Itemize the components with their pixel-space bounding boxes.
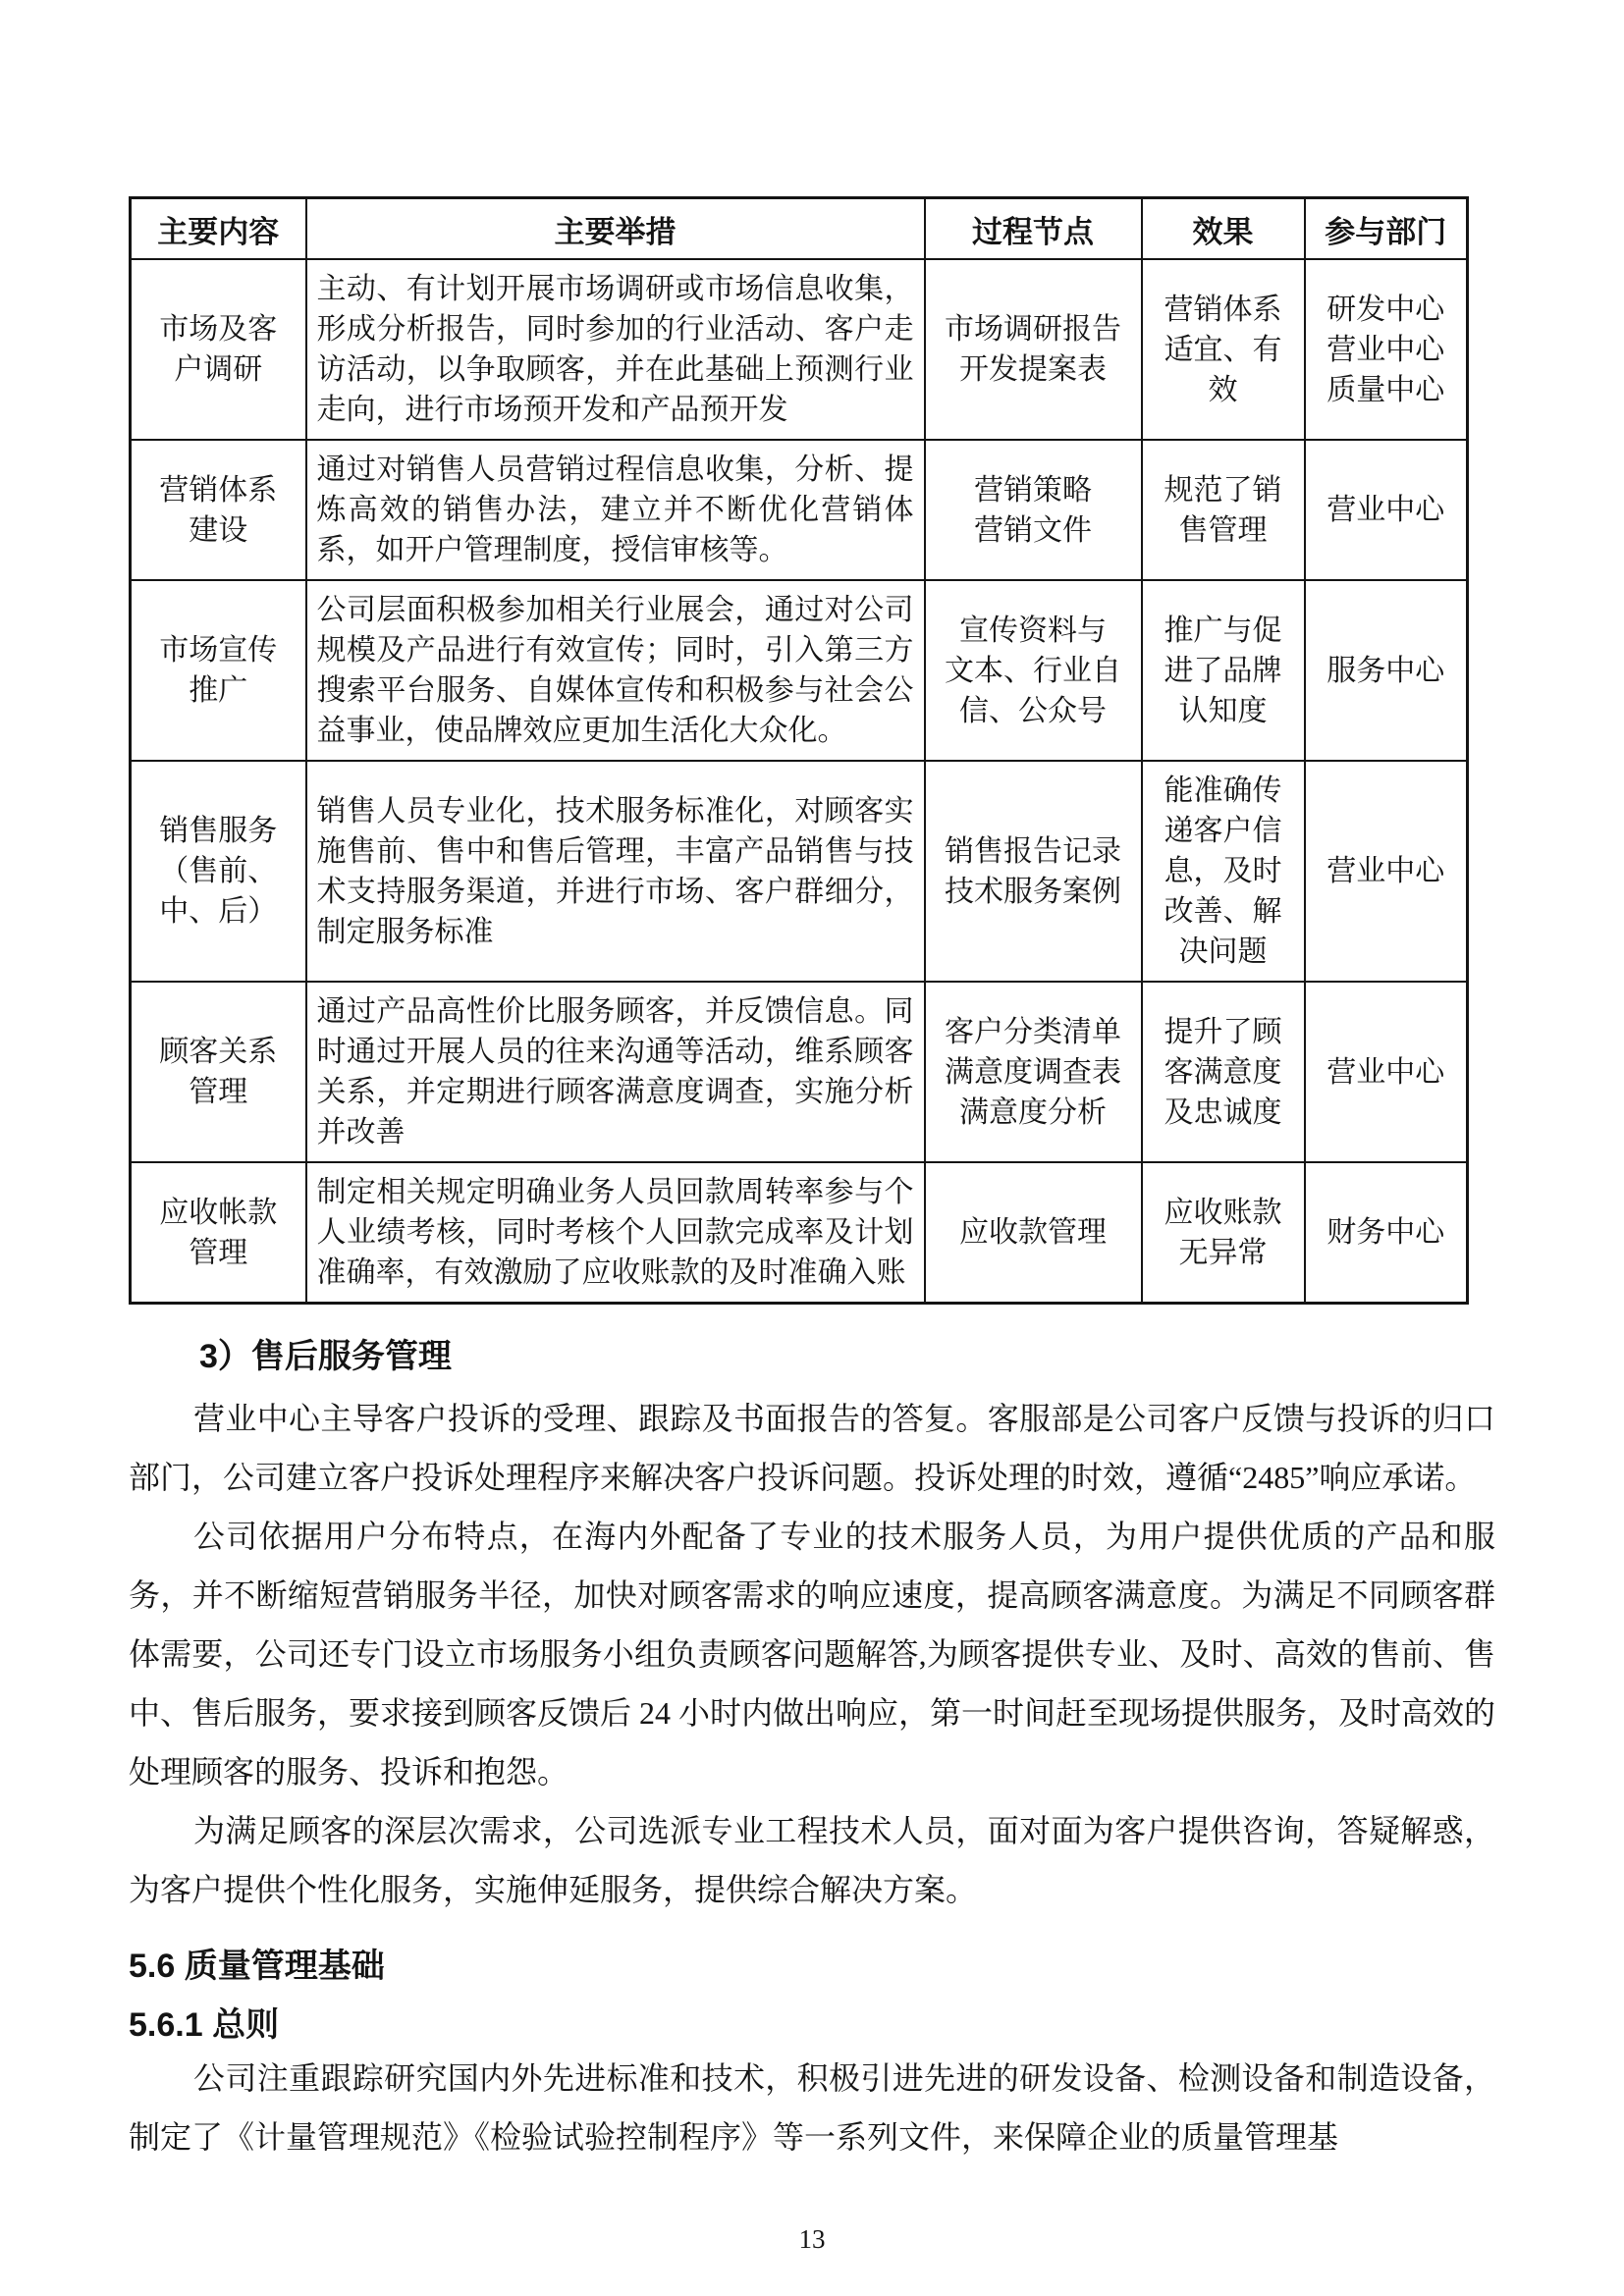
table-row: 营销体系 建设 通过对销售人员营销过程信息收集，分析、提炼高效的销售办法，建立并…	[131, 440, 1468, 580]
cell-effect: 营销体系 适宜、有 效	[1142, 259, 1305, 440]
cell-effect: 推广与促 进了品牌 认知度	[1142, 580, 1305, 761]
header-main-measures: 主要举措	[306, 198, 925, 260]
header-process-nodes: 过程节点	[925, 198, 1142, 260]
cell-content: 应收帐款 管理	[131, 1162, 306, 1304]
cell-nodes: 客户分类清单 满意度调查表 满意度分析	[925, 982, 1142, 1162]
header-effect: 效果	[1142, 198, 1305, 260]
paragraph-standards-tracking: 公司注重跟踪研究国内外先进标准和技术，积极引进先进的研发设备、检测设备和制造设备…	[129, 2049, 1495, 2166]
cell-nodes: 宣传资料与 文本、行业自 信、公众号	[925, 580, 1142, 761]
cell-effect: 应收账款 无异常	[1142, 1162, 1305, 1304]
cell-departments: 营业中心	[1305, 761, 1468, 982]
table-row: 市场宣传 推广 公司层面积极参加相关行业展会，通过对公司规模及产品进行有效宣传；…	[131, 580, 1468, 761]
cell-nodes: 营销策略 营销文件	[925, 440, 1142, 580]
cell-effect: 提升了顾 客满意度 及忠诚度	[1142, 982, 1305, 1162]
table-row: 市场及客 户调研 主动、有计划开展市场调研或市场信息收集，形成分析报告，同时参加…	[131, 259, 1468, 440]
cell-departments: 营业中心	[1305, 982, 1468, 1162]
cell-departments: 服务中心	[1305, 580, 1468, 761]
paragraph-deep-needs: 为满足顾客的深层次需求，公司选派专业工程技术人员，面对面为客户提供咨询，答疑解惑…	[129, 1801, 1495, 1919]
heading-section-5-6: 5.6 质量管理基础	[129, 1943, 1495, 1990]
table-row: 销售服务 （售前、 中、后） 销售人员专业化，技术服务标准化，对顾客实施售前、售…	[131, 761, 1468, 982]
cell-effect: 规范了销 售管理	[1142, 440, 1305, 580]
cell-measures: 通过对销售人员营销过程信息收集，分析、提炼高效的销售办法，建立并不断优化营销体系…	[306, 440, 925, 580]
cell-measures: 制定相关规定明确业务人员回款周转率参与个人业绩考核，同时考核个人回款完成率及计划…	[306, 1162, 925, 1304]
header-main-content: 主要内容	[131, 198, 306, 260]
header-departments: 参与部门	[1305, 198, 1468, 260]
cell-measures: 公司层面积极参加相关行业展会，通过对公司规模及产品进行有效宣传；同时，引入第三方…	[306, 580, 925, 761]
management-measures-table: 主要内容 主要举措 过程节点 效果 参与部门 市场及客 户调研 主动、有计划开展…	[129, 196, 1469, 1305]
page-number: 13	[0, 2224, 1624, 2255]
cell-measures: 销售人员专业化，技术服务标准化，对顾客实施售前、售中和售后管理，丰富产品销售与技…	[306, 761, 925, 982]
cell-measures: 通过产品高性价比服务顾客，并反馈信息。同时通过开展人员的往来沟通等活动，维系顾客…	[306, 982, 925, 1162]
table-row: 应收帐款 管理 制定相关规定明确业务人员回款周转率参与个人业绩考核，同时考核个人…	[131, 1162, 1468, 1304]
table-row: 顾客关系 管理 通过产品高性价比服务顾客，并反馈信息。同时通过开展人员的往来沟通…	[131, 982, 1468, 1162]
cell-content: 市场宣传 推广	[131, 580, 306, 761]
cell-content: 顾客关系 管理	[131, 982, 306, 1162]
heading-section-5-6-1: 5.6.1 总则	[129, 2002, 1495, 2049]
cell-departments: 营业中心	[1305, 440, 1468, 580]
cell-content: 市场及客 户调研	[131, 259, 306, 440]
cell-content: 销售服务 （售前、 中、后）	[131, 761, 306, 982]
cell-nodes: 销售报告记录 技术服务案例	[925, 761, 1142, 982]
cell-nodes: 市场调研报告 开发提案表	[925, 259, 1142, 440]
page-content: 主要内容 主要举措 过程节点 效果 参与部门 市场及客 户调研 主动、有计划开展…	[0, 0, 1624, 2166]
cell-effect: 能准确传 递客户信 息，及时 改善、解 决问题	[1142, 761, 1305, 982]
cell-nodes: 应收款管理	[925, 1162, 1142, 1304]
table-header-row: 主要内容 主要举措 过程节点 效果 参与部门	[131, 198, 1468, 260]
heading-after-sales-service: 3）售后服务管理	[129, 1334, 1495, 1379]
paragraph-complaint-handling: 营业中心主导客户投诉的受理、跟踪及书面报告的答复。客服部是公司客户反馈与投诉的归…	[129, 1389, 1495, 1507]
cell-content: 营销体系 建设	[131, 440, 306, 580]
paragraph-service-network: 公司依据用户分布特点，在海内外配备了专业的技术服务人员，为用户提供优质的产品和服…	[129, 1507, 1495, 1801]
cell-measures: 主动、有计划开展市场调研或市场信息收集，形成分析报告，同时参加的行业活动、客户走…	[306, 259, 925, 440]
cell-departments: 研发中心 营业中心 质量中心	[1305, 259, 1468, 440]
cell-departments: 财务中心	[1305, 1162, 1468, 1304]
